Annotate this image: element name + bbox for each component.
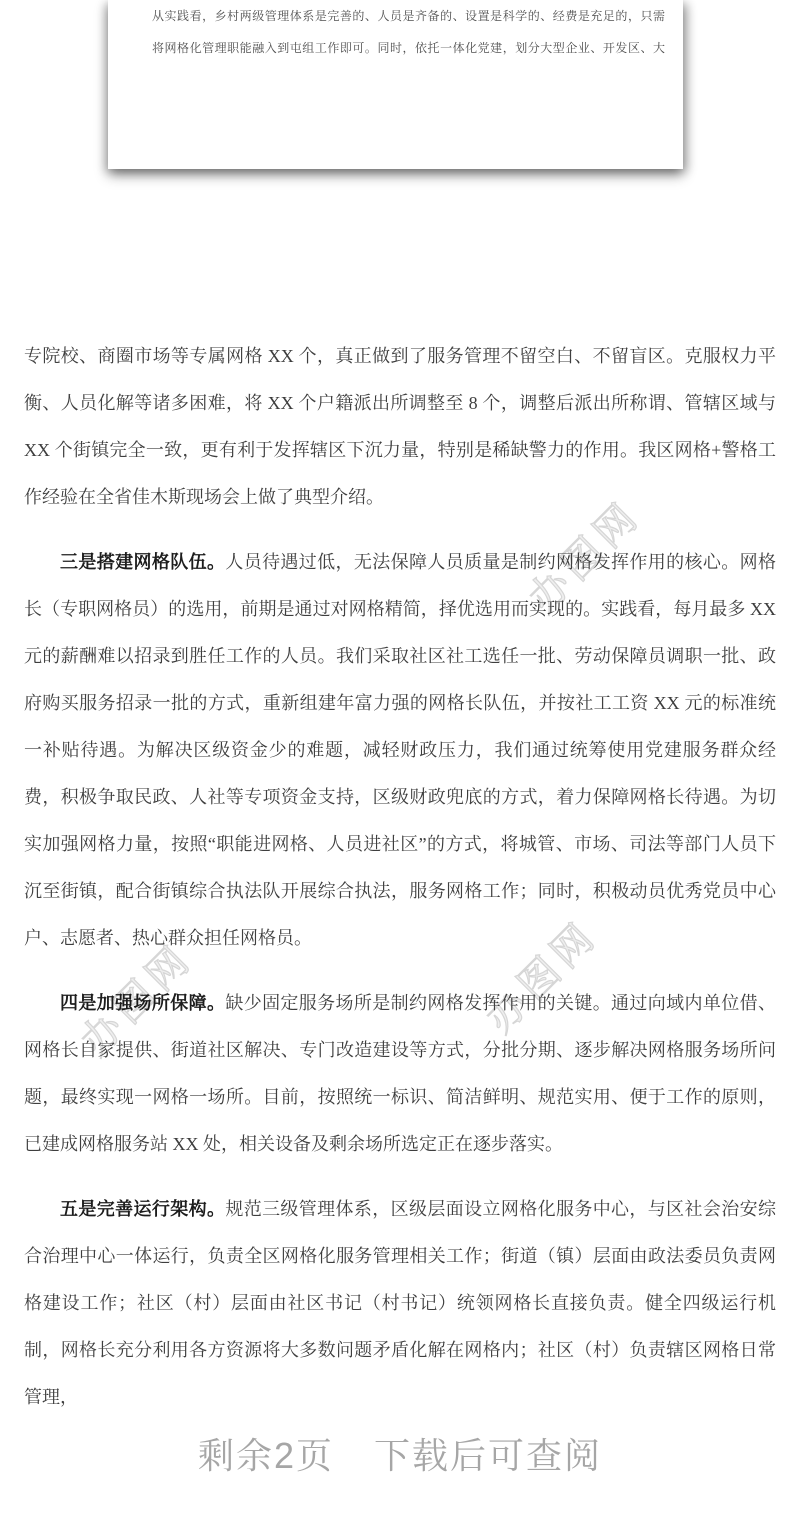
- paragraph: 四是加强场所保障。缺少固定服务场所是制约网格发挥作用的关键。通过向域内单位借、网…: [24, 980, 776, 1168]
- paragraph: 三是搭建网格队伍。人员待遇过低，无法保障人员质量是制约网格发挥作用的核心。网格长…: [24, 539, 776, 962]
- preview-line: 将网格化管理职能融入到屯组工作即可。同时，依托一体化党建，划分大型企业、开发区、…: [152, 32, 665, 64]
- paragraph-lead: 四是加强场所保障。: [60, 993, 225, 1013]
- remaining-pages-count: 剩余2页: [198, 1435, 334, 1476]
- paragraph-text: 专院校、商圈市场等专属网格 XX 个，真正做到了服务管理不留空白、不留盲区。克服…: [24, 346, 776, 507]
- page-preview-card: 从实践看，乡村两级管理体系是完善的、人员是齐备的、设置是科学的、经费是充足的，只…: [108, 0, 683, 169]
- page-preview-text: 从实践看，乡村两级管理体系是完善的、人员是齐备的、设置是科学的、经费是充足的，只…: [152, 0, 665, 64]
- paragraph-text: 人员待遇过低，无法保障人员质量是制约网格发挥作用的核心。网格长（专职网格员）的选…: [24, 552, 776, 948]
- paragraph: 专院校、商圈市场等专属网格 XX 个，真正做到了服务管理不留空白、不留盲区。克服…: [24, 333, 776, 521]
- paragraph-lead: 三是搭建网格队伍。: [60, 552, 225, 572]
- paragraph-text: 缺少固定服务场所是制约网格发挥作用的关键。通过向域内单位借、网格长自家提供、街道…: [24, 993, 776, 1154]
- preview-line: 从实践看，乡村两级管理体系是完善的、人员是齐备的、设置是科学的、经费是充足的，只…: [152, 0, 665, 32]
- remaining-pages-hint[interactable]: 剩余2页下载后可查阅: [0, 1428, 800, 1479]
- paragraph-text: 规范三级管理体系，区级层面设立网格化服务中心，与区社会治安综合治理中心一体运行，…: [24, 1199, 776, 1407]
- paragraph: 五是完善运行架构。规范三级管理体系，区级层面设立网格化服务中心，与区社会治安综合…: [24, 1186, 776, 1421]
- download-to-view-hint: 下载后可查阅: [374, 1435, 602, 1476]
- document-body: 专院校、商圈市场等专属网格 XX 个，真正做到了服务管理不留空白、不留盲区。克服…: [24, 333, 776, 1439]
- paragraph-lead: 五是完善运行架构。: [60, 1199, 225, 1219]
